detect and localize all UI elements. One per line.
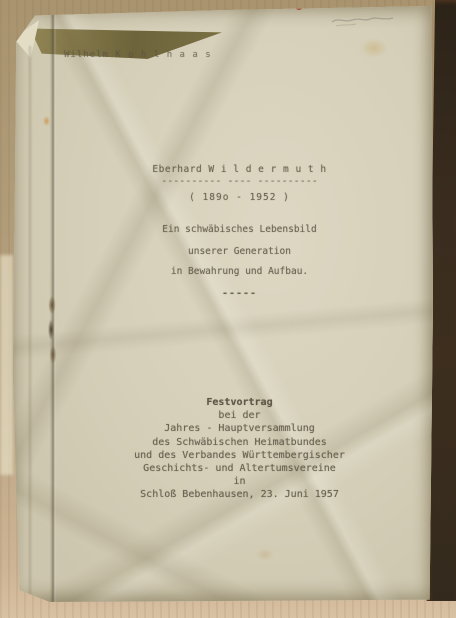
photo-of-document: Wilhelm K o h l h a a s Eberhard W i l d…	[0, 0, 456, 618]
event-line: Festvortrag	[52, 396, 427, 409]
subtitle-line: in Bewahrung und Aufbau.	[52, 266, 427, 277]
event-line: Schloß Bebenhausen, 23. Juni 1957	[52, 488, 427, 501]
secondary-crease	[28, 46, 32, 596]
document-cover-page: Wilhelm K o h l h a a s Eberhard W i l d…	[12, 6, 433, 602]
event-block: Festvortrag bei der Jahres - Hauptversam…	[52, 396, 427, 502]
subtitle-line: unserer Generation	[52, 246, 427, 257]
event-line: in	[52, 475, 427, 488]
subtitle-line: Ein schwäbisches Lebensbild	[52, 224, 427, 235]
event-line: bei der	[52, 409, 427, 422]
dash-separator: -----	[52, 288, 427, 299]
stain	[43, 116, 50, 126]
document-title: Eberhard W i l d e r m u t h	[52, 164, 427, 175]
underlying-sheet-edge	[0, 255, 13, 475]
life-years: ( 189o - 1952 )	[52, 192, 427, 203]
title-underline: ---------- ---- ----------	[52, 176, 427, 187]
event-line: des Schwäbischen Heimatbundes	[52, 436, 427, 449]
title-block: Eberhard W i l d e r m u t h ---------- …	[52, 6, 427, 602]
event-line: Jahres - Hauptversammlung	[52, 422, 427, 435]
event-line: Geschichts- und Altertumsvereine	[52, 462, 427, 475]
event-line: und des Verbandes Württembergischer	[52, 449, 427, 462]
